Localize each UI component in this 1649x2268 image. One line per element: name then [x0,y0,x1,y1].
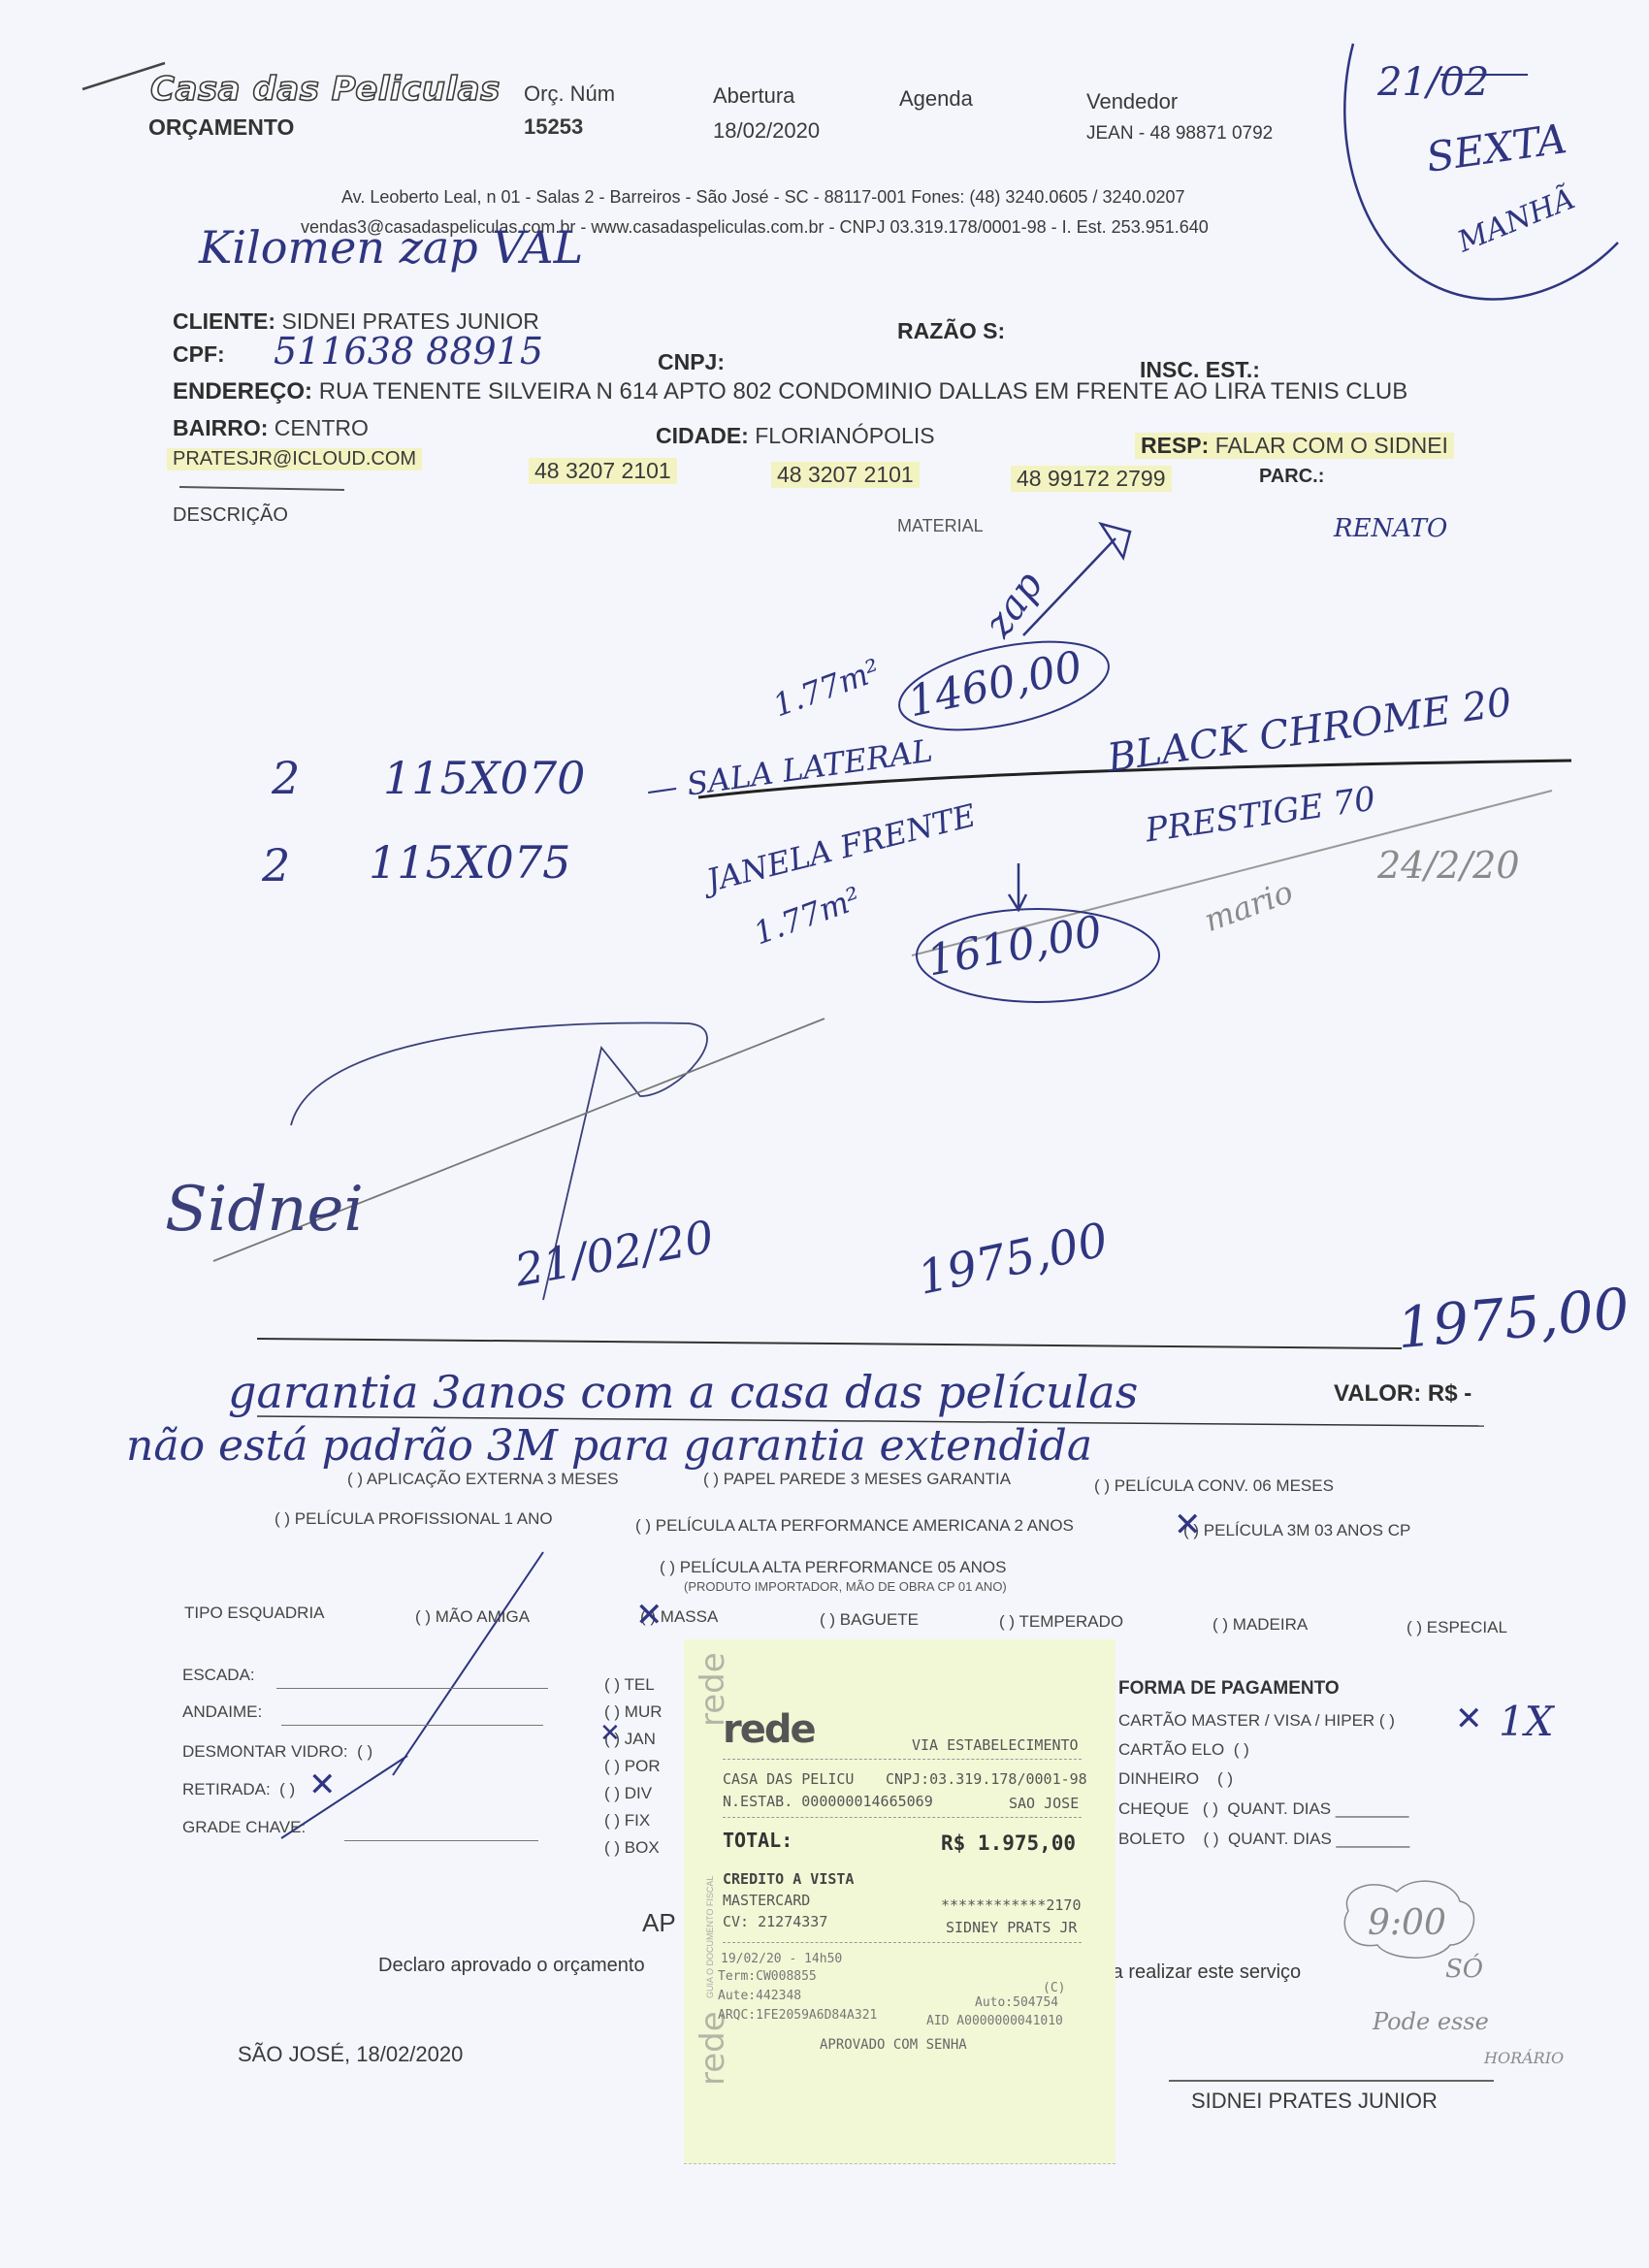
payment-title: FORMA DE PAGAMENTO [1118,1678,1340,1700]
orc-num: 15253 [524,114,583,140]
andaime-label: ANDAIME: [182,1702,262,1722]
receipt-aid: AID A0000000041010 [926,2014,1063,2028]
receipt-term: Term:CW008855 [718,1969,817,1984]
checkmark-x-icon: ✕ [1455,1700,1483,1738]
checkmark-x-icon: ✕ [308,1766,337,1804]
esquadria-baguete[interactable]: ( ) BAGUETE [820,1610,919,1630]
esquadria-temperado[interactable]: ( ) TEMPERADO [999,1612,1123,1632]
bairro-value: CENTRO [275,415,369,440]
checkmark-x-icon: ✕ [635,1596,663,1635]
receipt-mode: CREDITO A VISTA [723,1870,854,1888]
rede-logo: rede [723,1707,815,1752]
esquadria-madeira[interactable]: ( ) MADEIRA [1212,1615,1308,1635]
approval-heading: AP [642,1908,676,1938]
local-box[interactable]: ( ) BOX [604,1838,660,1858]
client-email: PRATESJR@ICLOUD.COM [167,448,422,470]
brand-logo: Casa das Peliculas [150,70,501,109]
parc-label: PARC.: [1259,466,1324,488]
endereco-label: ENDEREÇO: [173,378,312,405]
signature-total: 1975,00 [913,1213,1113,1306]
item-1-size: 115X070 [383,752,585,804]
item-2-size: 115X075 [369,836,570,889]
receipt-card: ************2170 [941,1896,1082,1914]
option-pelicula-3m[interactable]: ( ) PELÍCULA 3M 03 ANOS CP [1183,1521,1410,1540]
payment-boleto[interactable]: BOLETO ( ) QUANT. DIAS ________ [1118,1830,1409,1849]
andaime-field[interactable] [281,1725,543,1726]
handwritten-period: MANHÃ [1453,182,1579,260]
cliente-label: CLIENTE: [173,308,275,334]
cidade-field: CIDADE: FLORIANÓPOLIS [656,423,935,449]
card-receipt: rede rede GUIA O DOCUMENTO FISCAL rede V… [684,1639,1115,2164]
agenda-label: Agenda [899,86,973,112]
option-aplicacao-externa[interactable]: ( ) APLICAÇÃO EXTERNA 3 MESES [347,1470,619,1489]
item-2-qty: 2 [262,839,290,891]
payment-cheque[interactable]: CHEQUE ( ) QUANT. DIAS ________ [1118,1799,1409,1819]
time-note: 9:00 [1368,1903,1446,1943]
signer-name: SIDNEI PRATES JUNIOR [1191,2089,1438,2114]
item-2-material: PRESTIGE 70 [1143,780,1377,851]
razao-label: RAZÃO S: [897,318,1005,344]
receipt-holder: SIDNEY PRATS JR [946,1919,1077,1936]
document-type: ORÇAMENTO [148,114,294,141]
payment-dinheiro[interactable]: DINHEIRO ( ) [1118,1769,1233,1789]
time-note-4: HORÁRIO [1484,2049,1564,2067]
declaration-right: ra realizar este serviço [1106,1961,1301,1984]
vendedor-label: Vendedor [1086,89,1178,114]
bairro-field: BAIRRO: CENTRO [173,415,369,441]
local-div[interactable]: ( ) DIV [604,1784,652,1803]
receipt-side-text: GUIA O DOCUMENTO FISCAL [705,1876,715,1998]
checkmark-x-icon: ✕ [1174,1506,1202,1544]
receipt-estab: N.ESTAB. 000000014665069 [723,1793,933,1810]
receipt-aute: Aute:442348 [718,1989,801,2003]
endereco-value: RUA TENENTE SILVEIRA N 614 APTO 802 COND… [319,378,1408,405]
item-1-desc: — SALA LATERAL [644,731,935,808]
material-label: MATERIAL [897,516,984,536]
cnpj-label: CNPJ: [658,349,725,375]
resp-label: RESP: [1141,433,1209,458]
handwritten-side-date: 24/2/20 [1377,844,1520,887]
receipt-merchant: CASA DAS PELICU [723,1770,854,1788]
option-pelicula-alta-05-sub: (PRODUTO IMPORTADOR, MÃO DE OBRA CP 01 A… [684,1579,1007,1594]
place-date: SÃO JOSÉ, 18/02/2020 [238,2042,463,2067]
valor-label: VALOR: R$ - [1334,1380,1471,1408]
cidade-label: CIDADE: [656,423,749,448]
client-phone-1: 48 3207 2101 [529,458,677,484]
option-papel-parede[interactable]: ( ) PAPEL PAREDE 3 MESES GARANTIA [703,1470,1011,1489]
handwritten-side-note: mario [1199,873,1298,939]
esquadria-especial[interactable]: ( ) ESPECIAL [1406,1618,1507,1637]
payment-card-master[interactable]: CARTÃO MASTER / VISA / HIPER ( ) [1118,1711,1395,1731]
grade-chave-field[interactable] [344,1840,538,1841]
time-note-3: Pode esse [1373,2008,1489,2035]
guarantee-note-1: garantia 3anos com a casa das películas [228,1366,1138,1418]
signature-date: 21/02/20 [511,1210,718,1296]
resp-value: FALAR COM O SIDNEI [1215,433,1448,458]
handwritten-renato: RENATO [1334,514,1447,543]
abertura-label: Abertura [713,83,794,109]
payment-installments: 1X [1499,1698,1554,1745]
checkmark-x-icon: ✕ [599,1719,621,1748]
receipt-c-flag: (C) [1043,1981,1065,1995]
declaration-left: Declaro aprovado o orçamento [378,1955,645,1977]
receipt-cv: CV: 21274337 [723,1913,827,1930]
option-pelicula-profissional[interactable]: ( ) PELÍCULA PROFISSIONAL 1 ANO [275,1509,553,1529]
escada-label: ESCADA: [182,1666,255,1685]
client-phone-2: 48 3207 2101 [771,462,920,488]
client-phone-3: 48 99172 2799 [1011,466,1172,492]
handwritten-circle-date: 21/02 [1377,60,1489,105]
company-address: Av. Leoberto Leal, n 01 - Salas 2 - Barr… [341,187,1185,208]
option-pelicula-conv[interactable]: ( ) PELÍCULA CONV. 06 MESES [1094,1476,1334,1496]
cpf-value: 511638 88915 [274,330,543,373]
handwritten-day: SEXTA [1423,114,1569,181]
retirada-label: RETIRADA: ( ) [182,1780,295,1799]
receipt-datetime: 19/02/20 - 14h50 [721,1952,842,1966]
item-1-price: 1460,00 [904,642,1087,728]
item-1-area: 1.77m² [768,652,886,725]
esquadria-mao-amiga[interactable]: ( ) MÃO AMIGA [415,1607,530,1627]
esquadria-label: TIPO ESQUADRIA [184,1604,325,1623]
desmontar-label: DESMONTAR VIDRO: ( ) [182,1742,372,1762]
receipt-total-label: TOTAL: [723,1829,792,1852]
payment-card-elo[interactable]: CARTÃO ELO ( ) [1118,1740,1249,1760]
receipt-cnpj: CNPJ:03.319.178/0001-98 [886,1770,1087,1788]
bairro-label: BAIRRO: [173,415,268,440]
cidade-value: FLORIANÓPOLIS [755,423,934,448]
item-2-area: 1.77m² [749,880,866,953]
vendedor: JEAN - 48 98871 0792 [1086,123,1273,145]
local-por[interactable]: ( ) POR [604,1757,661,1776]
local-tel[interactable]: ( ) TEL [604,1675,655,1695]
valor-handwritten: 1975,00 [1394,1276,1632,1362]
guarantee-note-2: não está padrão 3M para garantia extendi… [126,1421,1092,1471]
descricao-label: DESCRIÇÃO [173,504,288,527]
option-pelicula-americana[interactable]: ( ) PELÍCULA ALTA PERFORMANCE AMERICANA … [635,1516,1074,1536]
receipt-total: R$ 1.975,00 [941,1831,1076,1855]
item-1-material: BLACK CHROME 20 [1105,680,1515,781]
orc-num-label: Orç. Núm [524,81,615,107]
escada-field[interactable] [276,1688,548,1689]
time-note-2: SÓ [1445,1955,1483,1984]
receipt-city: SAO JOSE [1009,1795,1079,1812]
receipt-brand: MASTERCARD [723,1892,810,1909]
receipt-arqc: ARQC:1FE2059A6D84A321 [718,2008,877,2023]
option-pelicula-alta-05[interactable]: ( ) PELÍCULA ALTA PERFORMANCE 05 ANOS [660,1558,1006,1577]
endereco-field: ENDEREÇO: RUA TENENTE SILVEIRA N 614 APT… [173,378,1407,405]
receipt-status: APROVADO COM SENHA [820,2037,967,2053]
cpf-label: CPF: [173,341,225,368]
grade-chave-label: GRADE CHAVE: [182,1818,306,1837]
resp-field: RESP: FALAR COM O SIDNEI [1135,433,1454,459]
handwritten-zap: zap [976,564,1051,645]
abertura-date: 18/02/2020 [713,118,820,144]
receipt-via: VIA ESTABELECIMENTO [912,1736,1079,1754]
item-1-qty: 2 [272,752,300,804]
receipt-auto: Auto:504754 [975,1995,1058,2010]
handwritten-note: Kilomen zap VAL [199,221,583,274]
client-signature: Sidnei [165,1174,364,1246]
item-2-price: 1610,00 [923,907,1106,987]
local-fix[interactable]: ( ) FIX [604,1811,650,1831]
